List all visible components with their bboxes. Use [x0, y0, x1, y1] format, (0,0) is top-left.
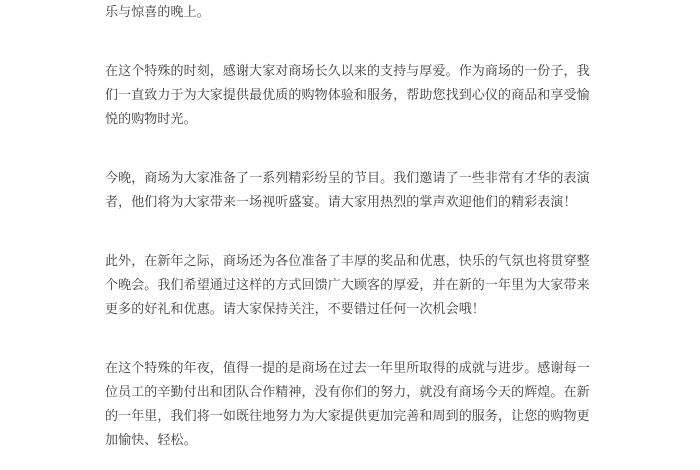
paragraph-thanks-support: 在这个特殊的时刻，感谢大家对商场长久以来的支持与厚爱。作为商场的一份子，我们一直… [105, 59, 595, 131]
paragraph-achievements: 在这个特殊的年夜，值得一提的是商场在过去一年里所取得的成就与进步。感谢每一位员工… [105, 356, 595, 452]
paragraph-evening-program: 今晚，商场为大家准备了一系列精彩纷呈的节目。我们邀请了一些非常有才华的表演者，他… [105, 166, 595, 214]
speech-text-body: 乐与惊喜的晚上。 在这个特殊的时刻，感谢大家对商场长久以来的支持与厚爱。作为商场… [105, 0, 595, 452]
document-page: 乐与惊喜的晚上。 在这个特殊的时刻，感谢大家对商场长久以来的支持与厚爱。作为商场… [0, 0, 700, 470]
paragraph-continuation: 乐与惊喜的晚上。 [105, 0, 595, 24]
paragraph-new-year-prizes: 此外，在新年之际，商场还为各位准备了丰厚的奖品和优惠，快乐的气氛也将贯穿整个晚会… [105, 249, 595, 321]
